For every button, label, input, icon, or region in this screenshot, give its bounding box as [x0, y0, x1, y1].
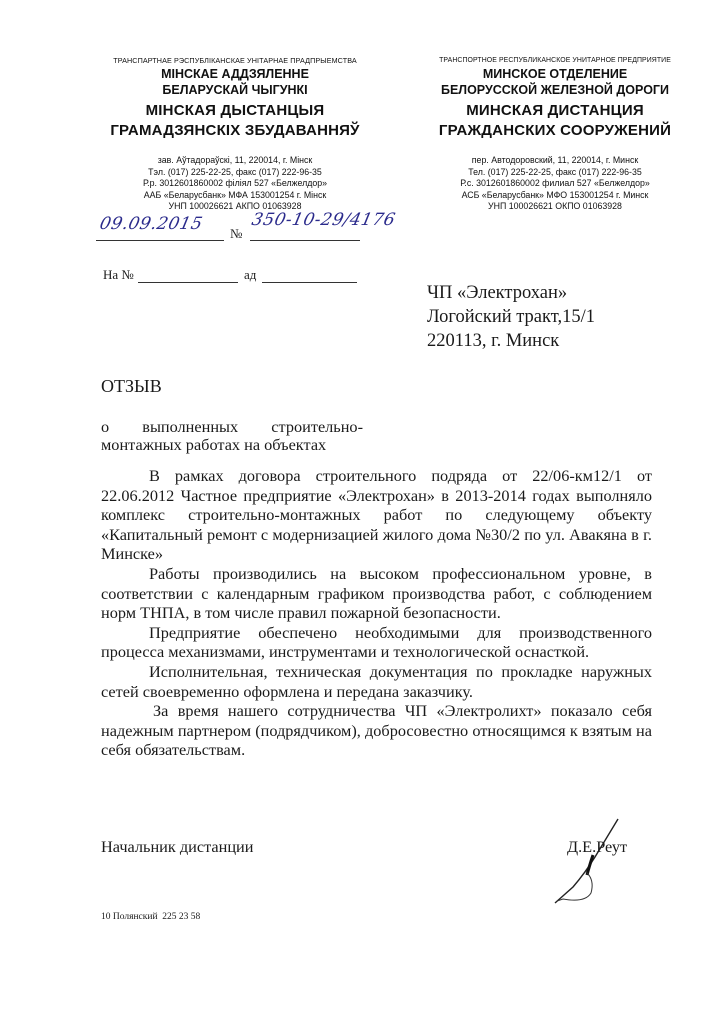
org-title1-left: МІНСКАЯ ДЫСТАНЦЫЯ	[90, 101, 380, 121]
org-type-right: ТРАНСПОРТНОЕ РЕСПУБЛИКАНСКОЕ УНИТАРНОЕ П…	[420, 56, 690, 66]
address-line: ААБ «Беларусбанк» МФА 153001254 г. Мінск	[90, 190, 380, 202]
recipient-street: Логойский тракт,15/1	[427, 305, 595, 329]
org-line1-left: МІНСКАЕ АДДЗЯЛЕННЕ	[90, 66, 380, 82]
reply-label: На №	[103, 267, 134, 283]
reply-date-field	[262, 268, 357, 283]
date-field: 09.09.2015	[96, 214, 224, 241]
letterhead-left: ТРАНСПАРТНАЕ РЭСПУБЛІКАНСКАЕ УНІТАРНАЕ П…	[90, 56, 380, 213]
handwritten-date: 09.09.2015	[98, 214, 205, 234]
signatory-name: Д.Е.Реут	[567, 837, 627, 857]
letterhead-right: ТРАНСПОРТНОЕ РЕСПУБЛИКАНСКОЕ УНИТАРНОЕ П…	[420, 56, 690, 213]
address-line: Тел. (017) 225-22-25, факс (017) 222-96-…	[420, 167, 690, 179]
subject-line: о выполненных строительно-	[101, 418, 363, 436]
body-paragraph: Работы производились на высоком професси…	[101, 564, 652, 623]
subject-line: монтажных работах на объектах	[101, 436, 363, 454]
address-line: Р.с. 3012601860002 филиал 527 «Белжелдор…	[420, 178, 690, 190]
signatory-position: Начальник дистанции	[101, 837, 253, 857]
org-title2-left: ГРАМАДЗЯНСКІХ ЗБУДАВАННЯЎ	[90, 121, 380, 141]
org-address-right: пер. Автодоровский, 11, 220014, г. Минск…	[420, 155, 690, 213]
address-line: пер. Автодоровский, 11, 220014, г. Минск	[420, 155, 690, 167]
address-line: УНП 100026621 ОКПО 01063928	[420, 201, 690, 213]
document-title: ОТЗЫВ	[101, 376, 162, 397]
signature-icon	[545, 815, 625, 905]
number-field: 350-10-29/4176	[250, 214, 360, 241]
body-paragraph: Исполнительная, техническая документация…	[101, 662, 652, 701]
address-line: АСБ «Беларусбанк» МФО 153001254 г. Минск	[420, 190, 690, 202]
body-paragraph: В рамках договора строительного подряда …	[101, 466, 652, 564]
org-type-left: ТРАНСПАРТНАЕ РЭСПУБЛІКАНСКАЕ УНІТАРНАЕ П…	[90, 56, 380, 66]
reply-number-field	[138, 268, 238, 283]
org-line2-right: БЕЛОРУССКОЙ ЖЕЛЕЗНОЙ ДОРОГИ	[420, 82, 690, 98]
number-label: №	[230, 226, 242, 242]
recipient-name: ЧП «Электрохан»	[427, 281, 595, 305]
body-paragraph: За время нашего сотрудничества ЧП «Элект…	[101, 701, 652, 760]
body-paragraph: Предприятие обеспечено необходимыми для …	[101, 623, 652, 662]
executor-note: 10 Полянский 225 23 58	[101, 912, 200, 922]
recipient-block: ЧП «Электрохан» Логойский тракт,15/1 220…	[427, 281, 595, 353]
document-body: В рамках договора строительного подряда …	[101, 466, 652, 760]
address-line: Р.р. 3012601860002 філіял 527 «Белжелдор…	[90, 178, 380, 190]
handwritten-number: 350-10-29/4176	[250, 210, 397, 230]
reply-from-label: ад	[244, 267, 256, 283]
org-title2-right: ГРАЖДАНСКИХ СООРУЖЕНИЙ	[420, 121, 690, 141]
address-line: зав. Аўтадораўскі, 11, 220014, г. Мінск	[90, 155, 380, 167]
org-line1-right: МИНСКОЕ ОТДЕЛЕНИЕ	[420, 66, 690, 82]
address-line: Тэл. (017) 225-22-25, факс (017) 222-96-…	[90, 167, 380, 179]
org-address-left: зав. Аўтадораўскі, 11, 220014, г. Мінск …	[90, 155, 380, 213]
document-subject: о выполненных строительно- монтажных раб…	[101, 418, 363, 454]
org-line2-left: БЕЛАРУСКАЙ ЧЫГУНКІ	[90, 82, 380, 98]
org-title1-right: МИНСКАЯ ДИСТАНЦИЯ	[420, 101, 690, 121]
recipient-city: 220113, г. Минск	[427, 329, 595, 353]
